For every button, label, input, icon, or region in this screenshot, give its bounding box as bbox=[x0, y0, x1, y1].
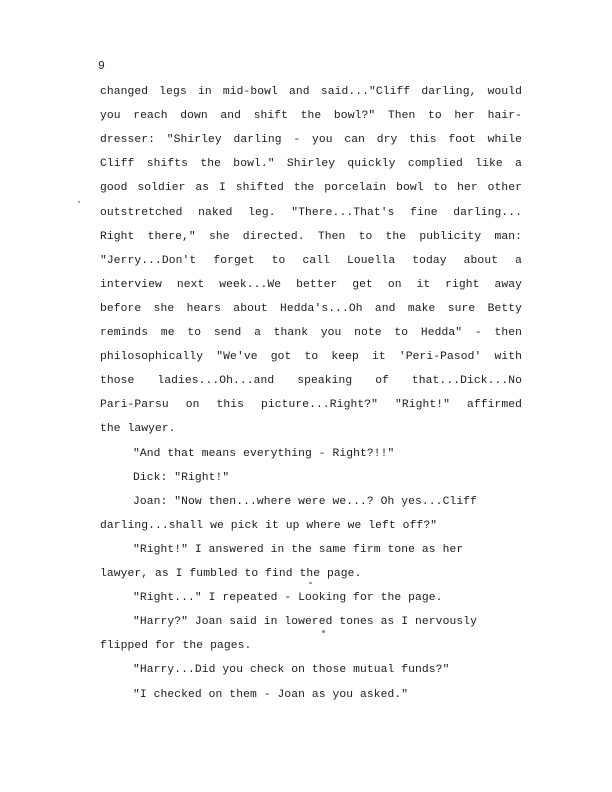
text-line: lawyer, as I fumbled to find the page. bbox=[100, 567, 361, 581]
text-line: Joan: "Now then...where were we...? Oh y… bbox=[133, 495, 477, 509]
text-line: "Right..." I repeated - Looking for the … bbox=[133, 591, 443, 605]
text-line: those ladies...Oh...and speaking of that… bbox=[100, 374, 522, 388]
text-line: philosophically "We've got to keep it 'P… bbox=[100, 350, 522, 364]
text-line: interview next week...We better get on i… bbox=[100, 278, 522, 292]
text-line: reminds me to send a thank you note to H… bbox=[100, 326, 522, 340]
text-line: dresser: "Shirley darling - you can dry … bbox=[100, 133, 522, 147]
text-line: darling...shall we pick it up where we l… bbox=[100, 519, 437, 533]
text-line: outstretched naked leg. "There...That's … bbox=[100, 206, 522, 220]
text-line: "Right!" I answered in the same firm ton… bbox=[133, 543, 463, 557]
text-line: "Jerry...Don't forget to call Louella to… bbox=[100, 254, 522, 268]
text-line: good soldier as I shifted the porcelain … bbox=[100, 181, 522, 195]
scan-speck bbox=[309, 582, 312, 584]
text-line: the lawyer. bbox=[100, 422, 176, 436]
scan-speck bbox=[78, 201, 80, 203]
document-page: 9 changed legs in mid-bowl and said..."C… bbox=[0, 0, 612, 792]
page-number: 9 bbox=[98, 60, 105, 73]
text-line: Cliff shifts the bowl." Shirley quickly … bbox=[100, 157, 522, 171]
text-line: Pari-Parsu on this picture...Right?" "Ri… bbox=[100, 398, 522, 412]
text-line: changed legs in mid-bowl and said..."Cli… bbox=[100, 85, 522, 99]
text-line: Dick: "Right!" bbox=[133, 471, 229, 485]
text-line: "I checked on them - Joan as you asked." bbox=[133, 688, 408, 702]
text-line: "And that means everything - Right?!!" bbox=[133, 447, 394, 461]
text-line: you reach down and shift the bowl?" Then… bbox=[100, 109, 522, 123]
text-line: Right there," she directed. Then to the … bbox=[100, 230, 522, 244]
text-line: "Harry?" Joan said in lowered tones as I… bbox=[133, 615, 477, 629]
text-line: "Harry...Did you check on those mutual f… bbox=[133, 663, 449, 677]
scan-speck bbox=[322, 630, 325, 633]
text-line: flipped for the pages. bbox=[100, 639, 251, 653]
text-line: before she hears about Hedda's...Oh and … bbox=[100, 302, 522, 316]
